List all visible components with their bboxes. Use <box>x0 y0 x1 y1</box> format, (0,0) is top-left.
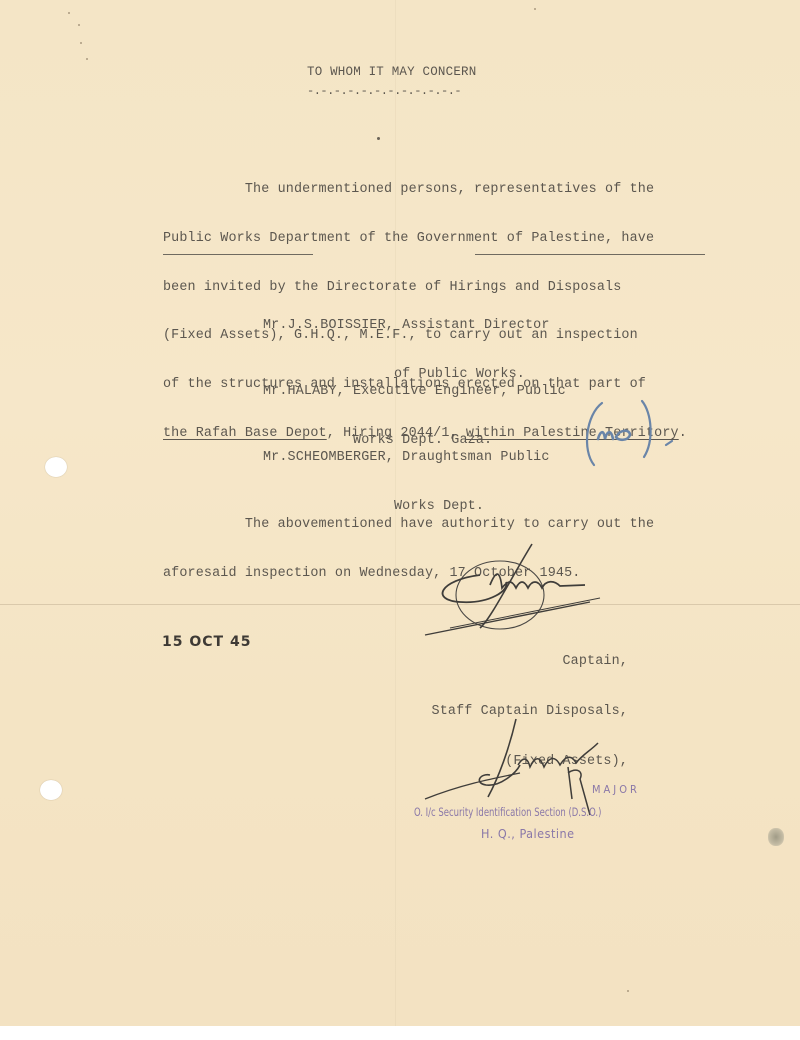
speck <box>80 42 82 44</box>
signatory-rank: Captain, <box>420 654 628 672</box>
double-underline <box>475 254 705 255</box>
handwritten-ms-annotation <box>580 395 680 475</box>
page-title: TO WHOM IT MAY CONCERN <box>307 64 476 80</box>
text-line: The abovementioned have authority to car… <box>163 517 654 534</box>
person-name-title: Mr.SCHEOMBERGER, Draughtsman Public <box>263 450 550 467</box>
fold-line <box>0 604 800 605</box>
speck <box>627 990 629 992</box>
stamp-section: O. I/c Security Identification Section (… <box>414 805 601 819</box>
speck <box>78 24 80 26</box>
punch-hole <box>45 457 67 477</box>
speck <box>68 12 70 14</box>
stamp-rank: MAJOR <box>592 783 640 796</box>
speck <box>534 8 536 10</box>
text-line: The undermentioned persons, representati… <box>163 182 687 199</box>
punch-hole <box>40 780 62 800</box>
text-line: Public Works Department of the Governmen… <box>163 231 687 248</box>
dot-mark <box>377 137 380 140</box>
date-stamp: 15 OCT 45 <box>162 634 251 650</box>
stain-mark <box>768 828 784 846</box>
person-name-title: Mr.J.S.BOISSIER, Assistant Director <box>263 318 550 335</box>
double-underline <box>163 254 313 255</box>
title-underline: -.-.-.-.-.-.-.-.-.-.-.- <box>307 83 461 99</box>
speck <box>86 58 88 60</box>
person-name-title: Mr.HALABY, Executive Engineer, Public <box>263 384 566 401</box>
stamp-location: H. Q., Palestine <box>481 826 575 841</box>
